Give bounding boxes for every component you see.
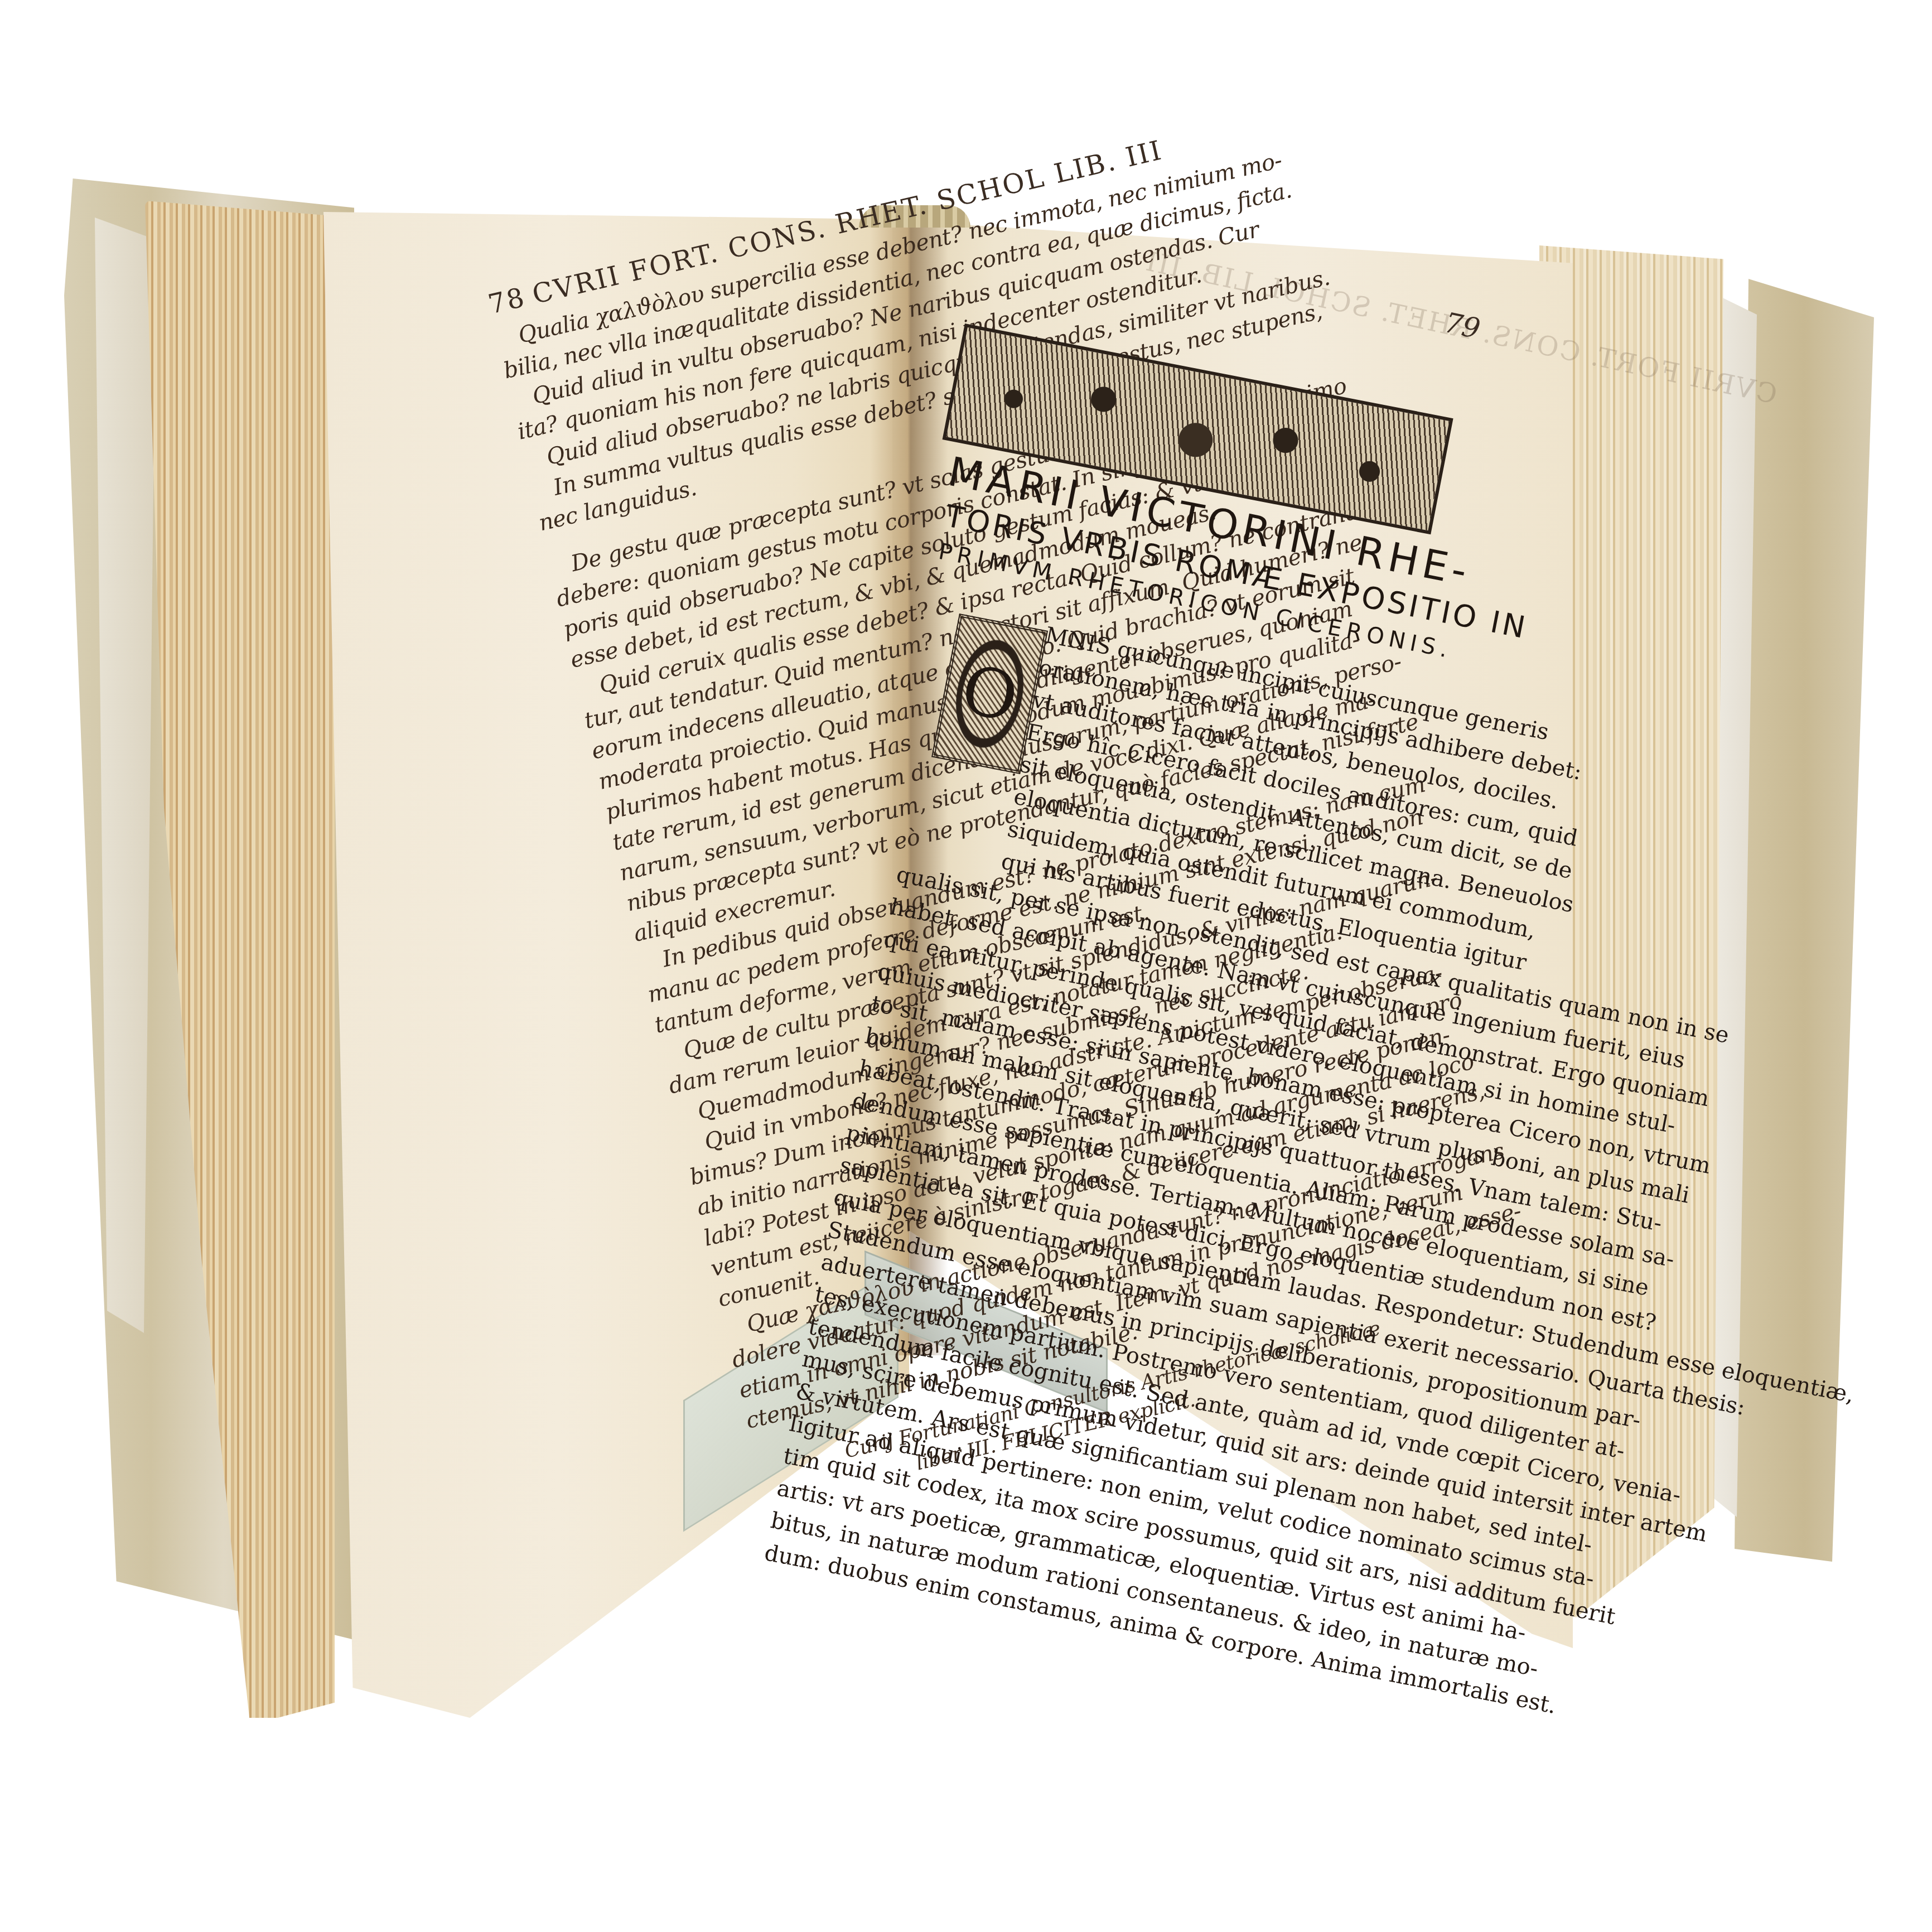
book-photo: 78CVRII FORT. CONS. RHET. SCHOL LIB. III… — [0, 0, 1932, 1932]
dropcap-letter: O — [955, 650, 1024, 737]
